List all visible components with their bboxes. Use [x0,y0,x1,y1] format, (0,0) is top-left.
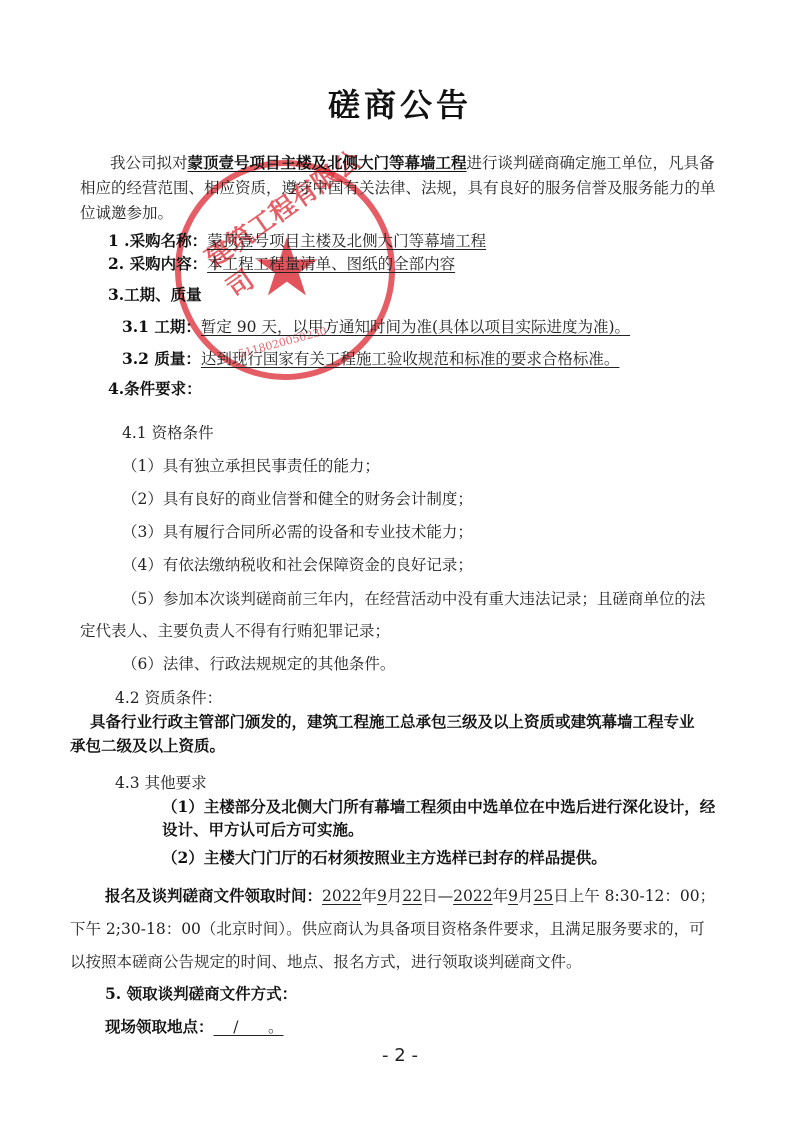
item-3-2-label: 3.2 质量： [122,349,201,368]
condition-6: （6）法律、行政法规规定的其他条件。 [122,653,395,675]
start-day: 22 [402,887,422,905]
condition-2: （2）具有良好的商业信誉和健全的财务会计制度； [122,488,473,510]
pickup-location-label: 现场领取地点： [105,1017,214,1036]
pickup-location: 现场领取地点： / 。 [105,1016,284,1038]
month-char-2: 月 [518,887,534,905]
intro-line-1: 我公司拟对蒙顶壹号项目主楼及北侧大门等幕墙工程进行谈判磋商确定施工单位，凡具备 [110,152,715,174]
document-title: 磋商公告 [0,80,800,126]
day-dash: 日— [422,887,453,905]
item-3-1: 3.1 工期：暂定 90 天，以甲方通知时间为准(具体以项目实际进度为准)。 [122,316,630,338]
item-1-value: 蒙顶壹号项目主楼及北侧大门等幕墙工程 [207,232,486,250]
registration-line-3: 以按照本磋商公告规定的时间、地点、报名方式，进行领取谈判磋商文件。 [70,951,582,973]
registration-line-1: 报名及谈判磋商文件领取时间：2022年9月22日—2022年9月25日上午 8:… [105,885,715,907]
condition-5-line-1: （5）参加本次谈判磋商前三年内，在经营活动中没有重大违法记录；且磋商单位的法 [122,588,705,610]
item-3-1-value: 暂定 90 天，以甲方通知时间为准(具体以项目实际进度为准)。 [201,318,630,336]
condition-4: （4）有依法缴纳税收和社会保障资金的良好记录； [122,554,473,576]
item-4-2-heading: 4.2 资质条件： [115,687,222,709]
start-month: 9 [377,887,387,905]
item-2-label: 2. 采购内容： [108,254,207,273]
year-char: 年 [361,887,377,905]
month-char: 月 [387,887,403,905]
end-year: 2022 [453,887,492,905]
intro-line-2: 相应的经营范围、相应资质，遵守中国有关法律、法规，具有良好的服务信誉及服务能力的… [80,177,716,199]
item-2: 2. 采购内容：本工程工程量清单、图纸的全部内容 [108,253,455,275]
item-4-1-heading: 4.1 资格条件 [122,422,214,444]
page-number: - 2 - [0,1045,800,1066]
item-3-2: 3.2 质量：达到现行国家有关工程施工验收规范和标准的要求合格标准。 [122,348,619,370]
condition-3: （3）具有履行合同所必需的设备和专业技术能力； [122,521,473,543]
item-2-value: 本工程工程量清单、图纸的全部内容 [207,255,455,273]
end-month: 9 [508,887,518,905]
end-day: 25 [533,887,553,905]
item-1-label: 1 .采购名称： [108,231,207,250]
intro-project-name: 蒙顶壹号项目主楼及北侧大门等幕墙工程 [188,153,467,172]
intro-line-3: 位诚邀参加。 [80,202,173,224]
item-4-3-heading: 4.3 其他要求 [115,772,207,794]
other-req-2: （2）主楼大门门厅的石材须按照业主方选样已封存的样品提供。 [162,847,607,869]
condition-5-line-2: 定代表人、主要负责人不得有行贿犯罪记录； [80,620,390,642]
registration-line-2: 下午 2;30-18：00（北京时间）。供应商认为具备项目资格条件要求，且满足服… [70,918,705,940]
start-year: 2022 [322,887,361,905]
section-5-heading: 5. 领取谈判磋商文件方式： [105,983,297,1005]
other-req-1-line-2: 设计、甲方认可后方可实施。 [162,819,364,841]
item-1: 1 .采购名称：蒙顶壹号项目主楼及北侧大门等幕墙工程 [108,230,486,252]
intro-suffix: 进行谈判磋商确定施工单位，凡具备 [467,154,715,172]
item-4-2-line-2: 承包二级及以上资质。 [70,735,225,757]
intro-prefix: 我公司拟对 [110,154,188,172]
item-3-2-value: 达到现行国家有关工程施工验收规范和标准的要求合格标准。 [201,350,620,368]
morning-time: 日上午 8:30-12：00； [553,887,715,905]
year-char-2: 年 [493,887,509,905]
condition-1: （1）具有独立承担民事责任的能力； [122,455,380,477]
item-3-heading: 3.工期、质量 [108,284,202,306]
item-4-heading: 4.条件要求： [108,378,202,400]
item-3-1-label: 3.1 工期： [122,317,201,336]
pickup-location-value: / 。 [214,1018,284,1036]
item-4-2-line-1: 具备行业行政主管部门颁发的，建筑工程施工总承包三级及以上资质或建筑幕墙工程专业 [90,711,695,733]
other-req-1-line-1: （1）主楼部分及北侧大门所有幕墙工程须由中选单位在中选后进行深化设计，经 [162,796,715,818]
registration-label: 报名及谈判磋商文件领取时间： [105,886,322,905]
